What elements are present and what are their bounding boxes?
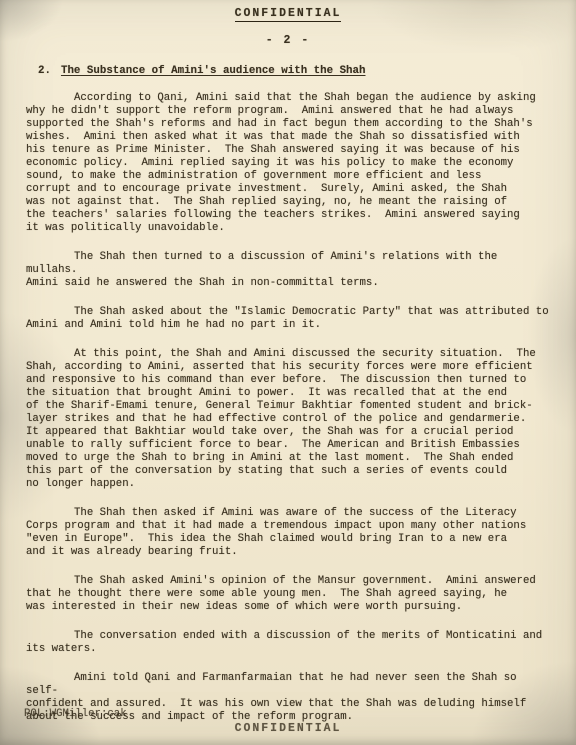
section-number: 2.	[38, 65, 51, 77]
classification-footer: CONFIDENTIAL	[0, 722, 576, 735]
section-title: The Substance of Amini's audience with t…	[61, 65, 366, 77]
paragraph: The Shah asked Amini's opinion of the Ma…	[26, 575, 554, 614]
classification-header: CONFIDENTIAL	[0, 7, 576, 22]
classification-header-text: CONFIDENTIAL	[235, 7, 342, 22]
paragraph: At this point, the Shah and Amini discus…	[26, 348, 554, 491]
page-number: - 2 -	[0, 34, 576, 47]
section-heading: 2. The Substance of Amini's audience wit…	[38, 65, 552, 77]
paragraph: The Shah then asked if Amini was aware o…	[26, 507, 554, 559]
document-body: According to Qani, Amini said that the S…	[26, 92, 554, 740]
drafter-line: POL:WGMiller:cak	[24, 708, 127, 720]
paragraph: The Shah asked about the "Islamic Democr…	[26, 306, 554, 332]
document-page: CONFIDENTIAL - 2 - 2. The Substance of A…	[0, 0, 576, 745]
paragraph: According to Qani, Amini said that the S…	[26, 92, 554, 235]
paragraph: The Shah then turned to a discussion of …	[26, 251, 554, 290]
paragraph: The conversation ended with a discussion…	[26, 630, 554, 656]
